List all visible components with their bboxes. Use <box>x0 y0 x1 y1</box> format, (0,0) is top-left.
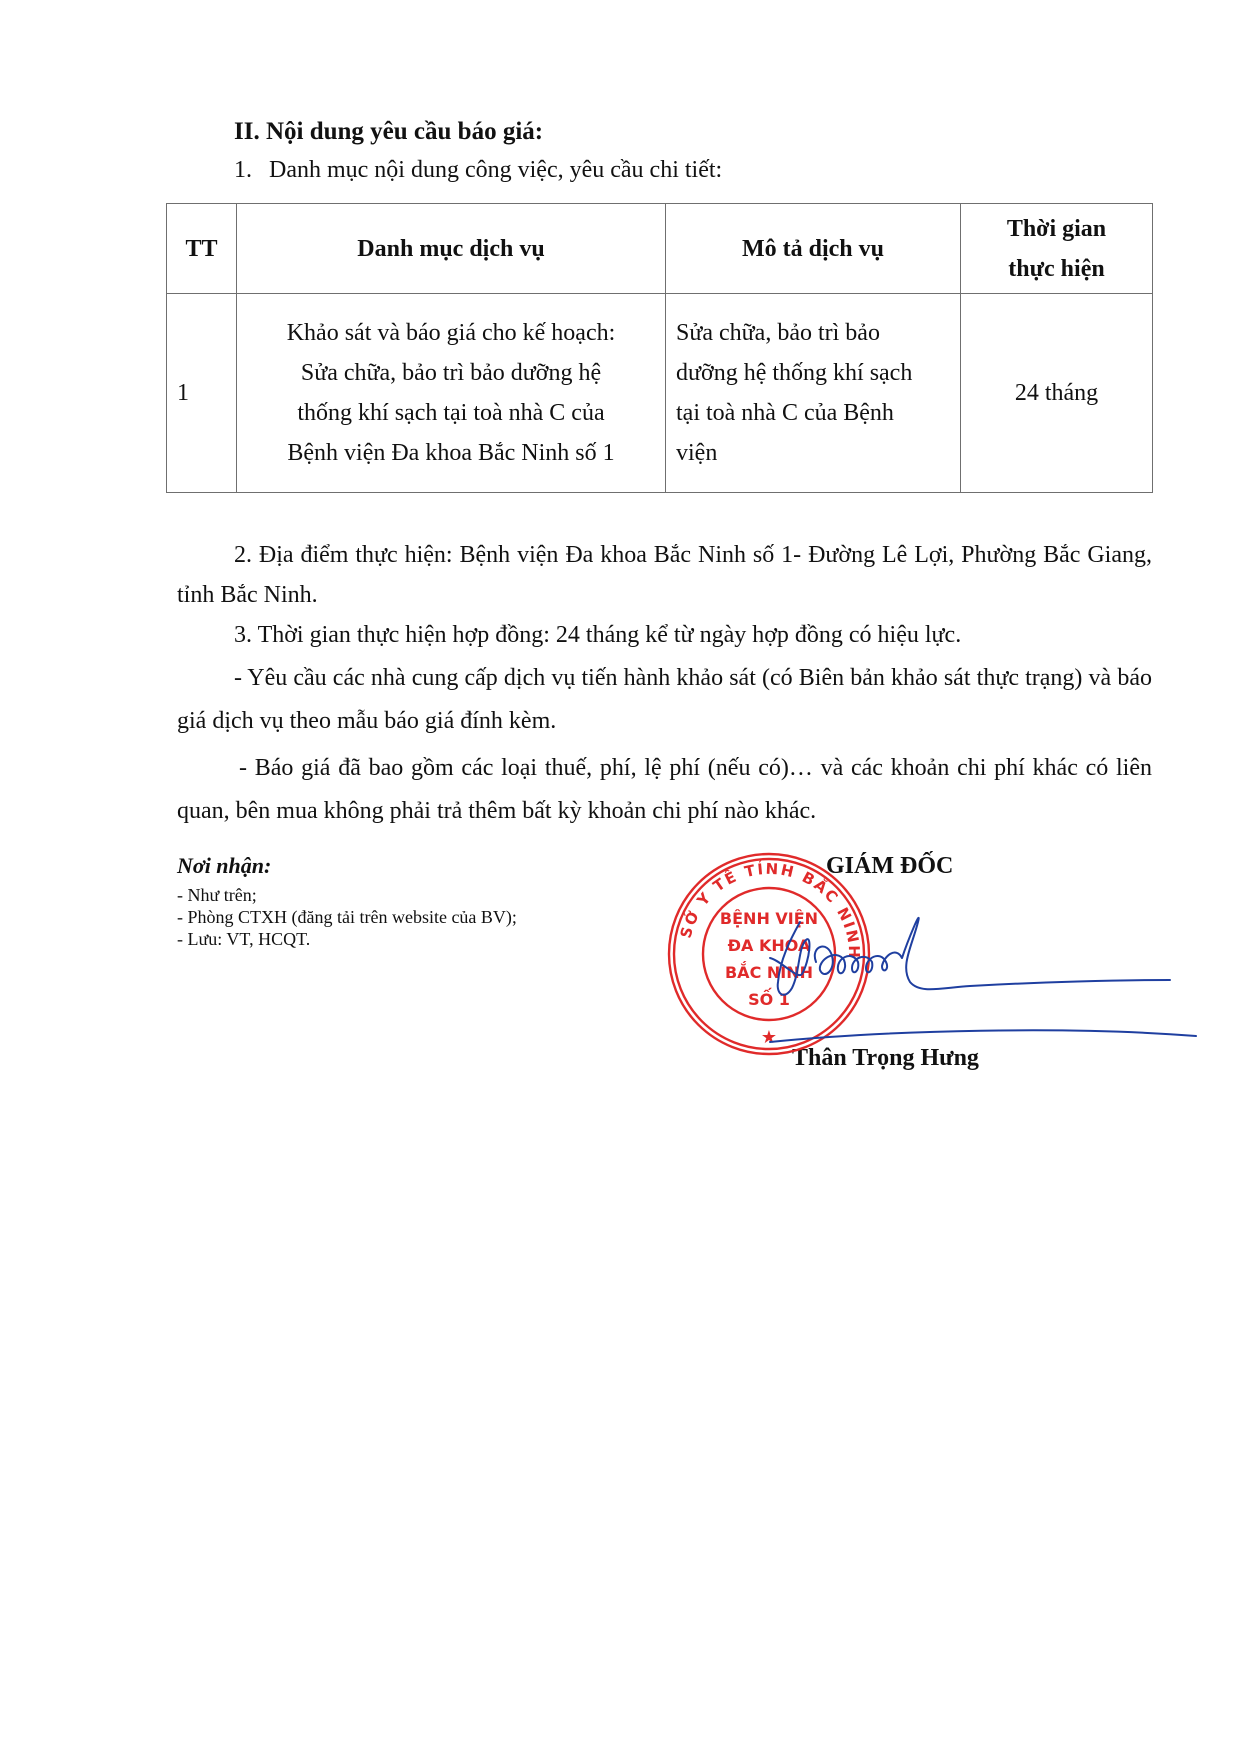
category-line: Bệnh viện Đa khoa Bắc Ninh số 1 <box>247 433 655 473</box>
header-tt: TT <box>167 204 237 294</box>
signature-icon <box>740 900 1220 1060</box>
price-inclusion-text: - Báo giá đã bao gồm các loại thuế, phí,… <box>177 755 1152 824</box>
header-duration: Thời gian thực hiện <box>961 204 1153 294</box>
recipients-list: - Như trên; - Phòng CTXH (đăng tải trên … <box>177 884 517 950</box>
location-text: 2. Địa điểm thực hiện: Bệnh viện Đa khoa… <box>177 542 1152 608</box>
category-line: Khảo sát và báo giá cho kế hoạch: <box>247 313 655 353</box>
header-duration-line: thực hiện <box>971 249 1142 289</box>
cell-category: Khảo sát và báo giá cho kế hoạch: Sửa ch… <box>237 294 666 493</box>
header-description: Mô tả dịch vụ <box>666 204 961 294</box>
service-table: TT Danh mục dịch vụ Mô tả dịch vụ Thời g… <box>166 203 1153 493</box>
description-line: tại toà nhà C của Bệnh <box>676 393 950 433</box>
duration-text: 3. Thời gian thực hiện hợp đồng: 24 thán… <box>234 622 961 648</box>
paragraph-duration: 3. Thời gian thực hiện hợp đồng: 24 thán… <box>177 615 1152 655</box>
recipient-item: - Như trên; <box>177 884 517 906</box>
recipient-item: - Lưu: VT, HCQT. <box>177 928 517 950</box>
category-line: Sửa chữa, bảo trì bảo dưỡng hệ <box>247 353 655 393</box>
section-title: II. Nội dung yêu cầu báo giá: <box>234 118 543 146</box>
paragraph-survey-requirement: - Yêu cầu các nhà cung cấp dịch vụ tiến … <box>177 657 1152 743</box>
subsection-title: 1.Danh mục nội dung công việc, yêu cầu c… <box>234 157 722 184</box>
table-row: 1 Khảo sát và báo giá cho kế hoạch: Sửa … <box>167 294 1153 493</box>
subsection-number: 1. <box>234 157 269 184</box>
cell-tt: 1 <box>167 294 237 493</box>
table-header-row: TT Danh mục dịch vụ Mô tả dịch vụ Thời g… <box>167 204 1153 294</box>
subsection-text: Danh mục nội dung công việc, yêu cầu chi… <box>269 157 722 183</box>
recipients-title: Nơi nhận: <box>177 853 271 879</box>
paragraph-price-inclusion: - Báo giá đã bao gồm các loại thuế, phí,… <box>177 747 1152 833</box>
header-category: Danh mục dịch vụ <box>237 204 666 294</box>
survey-requirement-text: - Yêu cầu các nhà cung cấp dịch vụ tiến … <box>177 665 1152 734</box>
paragraph-location: 2. Địa điểm thực hiện: Bệnh viện Đa khoa… <box>177 535 1152 615</box>
cell-duration: 24 tháng <box>961 294 1153 493</box>
description-line: Sửa chữa, bảo trì bảo <box>676 313 950 353</box>
cell-description: Sửa chữa, bảo trì bảo dưỡng hệ thống khí… <box>666 294 961 493</box>
description-line: viện <box>676 433 950 473</box>
recipient-item: - Phòng CTXH (đăng tải trên website của … <box>177 906 517 928</box>
description-line: dưỡng hệ thống khí sạch <box>676 353 950 393</box>
category-line: thống khí sạch tại toà nhà C của <box>247 393 655 433</box>
header-duration-line: Thời gian <box>971 209 1142 249</box>
